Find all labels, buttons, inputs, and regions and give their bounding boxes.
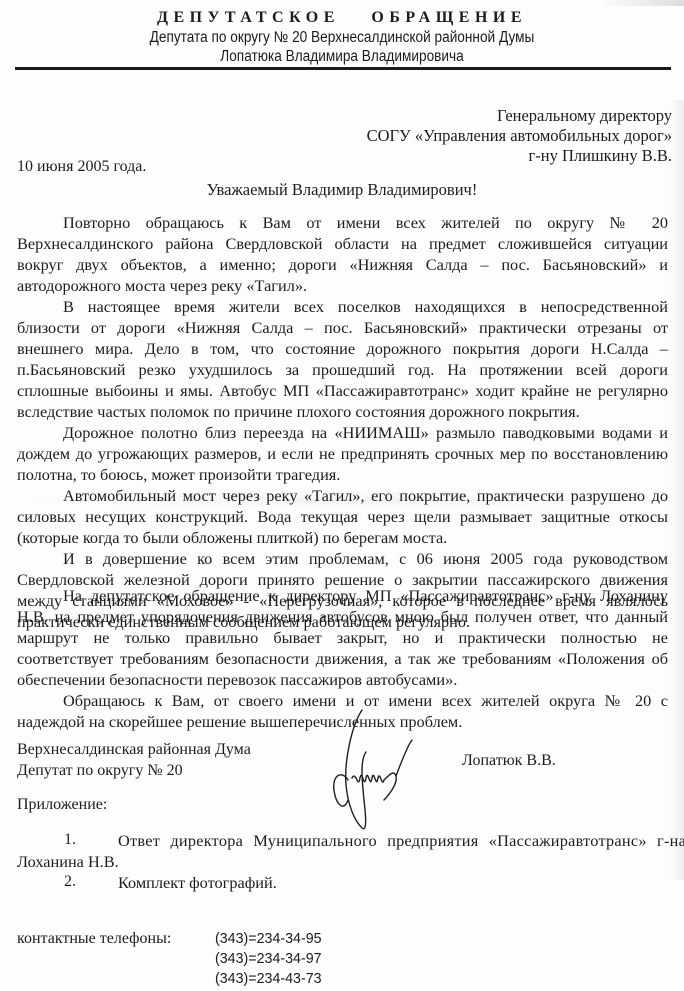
body-line: Дорожное полотно близ переезда на «НИИМА… [63,423,668,443]
addressee-line-1: Генеральному директору [497,106,672,126]
body-line: полотна, то боюсь, может произойти траге… [17,465,668,485]
annex-item-number: 2. [64,873,76,891]
body-line: сплошные выбоины и ямы. Автобус МП «Пасс… [17,381,668,401]
document-title: ДЕПУТАТСКОЕ ОБРАЩЕНИЕ [0,9,684,27]
body-line: маршрут не только правильно бывает закры… [17,628,668,648]
body-line: И в довершение ко всем этим проблемам, с… [63,549,668,569]
scanned-letter-page: ДЕПУТАТСКОЕ ОБРАЩЕНИЕ Депутата по округу… [0,0,684,991]
header-author: Лопатюка Владимира Владимировича [41,48,643,66]
body-line: дождем до угрожающих размеров, и если не… [17,444,668,464]
body-line: Повторно обращаюсь к Вам от имени всех ж… [63,213,668,233]
body-line: Верхнесалдинского района Свердловской об… [17,234,668,254]
body-line: внешнего мира. Дело в том, что состояние… [17,339,668,359]
body-line: На депутатское обращение к директору МП … [63,586,668,606]
annex-item-text: Ответ директора Муниципального предприят… [118,831,684,851]
body-line: соответствует требованиям безопасности д… [17,649,668,669]
salutation: Уважаемый Владимир Владимирович! [0,180,684,200]
body-line: автодорожного моста через реку «Тагил». [17,276,668,296]
body-line: вследствие частых поломок по причине пло… [17,402,668,422]
body-line: вокруг двух объектов, а именно; дороги «… [17,255,668,275]
annex-item-text: Комплект фотографий. [118,873,277,893]
body-line: близости от дороги «Нижняя Салда – пос. … [17,318,668,338]
annex-item-number: 1. [64,831,76,849]
body-line: (которые когда то были обложены плиткой)… [17,528,668,548]
body-line: обеспечении безопасности перевозок пасса… [17,670,668,690]
contacts-label: контактные телефоны: [17,930,171,948]
body-line: п.Басьяновский резко ухудшилось за проше… [17,360,668,380]
signature-position: Депутат по округу № 20 [17,762,183,780]
body-line: Н.В. на предмет упорядочения движения ав… [17,607,668,627]
scan-artifact [670,100,684,880]
body-line: В настоящее время жители всех поселков н… [63,297,668,317]
annex-item-text-continued: Лоханина Н.В. [17,852,119,872]
scan-artifact [600,0,684,6]
letter-date: 10 июня 2005 года. [17,158,146,176]
addressee-line-2: СОГУ «Управления автомобильных дорог» [367,126,672,146]
handwritten-signature-icon [322,700,432,835]
body-line: силовых несущих конструкций. Вода текуща… [17,507,668,527]
header-divider [15,67,671,70]
header-subtitle: Депутата по округу № 20 Верхнесалдинской… [41,29,643,47]
signature-org: Верхнесалдинская районная Дума [17,741,251,759]
body-line: Автомобильный мост через реку «Тагил», е… [63,486,668,506]
annex-heading: Приложение: [17,796,107,814]
phone-number: (343)=234-34-95 [215,930,322,947]
addressee-line-3: г-ну Плишкину В.В. [529,146,672,166]
phone-number: (343)=234-34-97 [215,950,322,967]
phone-number: (343)=234-43-73 [215,970,322,987]
signature-name: Лопатюк В.В. [462,752,556,770]
